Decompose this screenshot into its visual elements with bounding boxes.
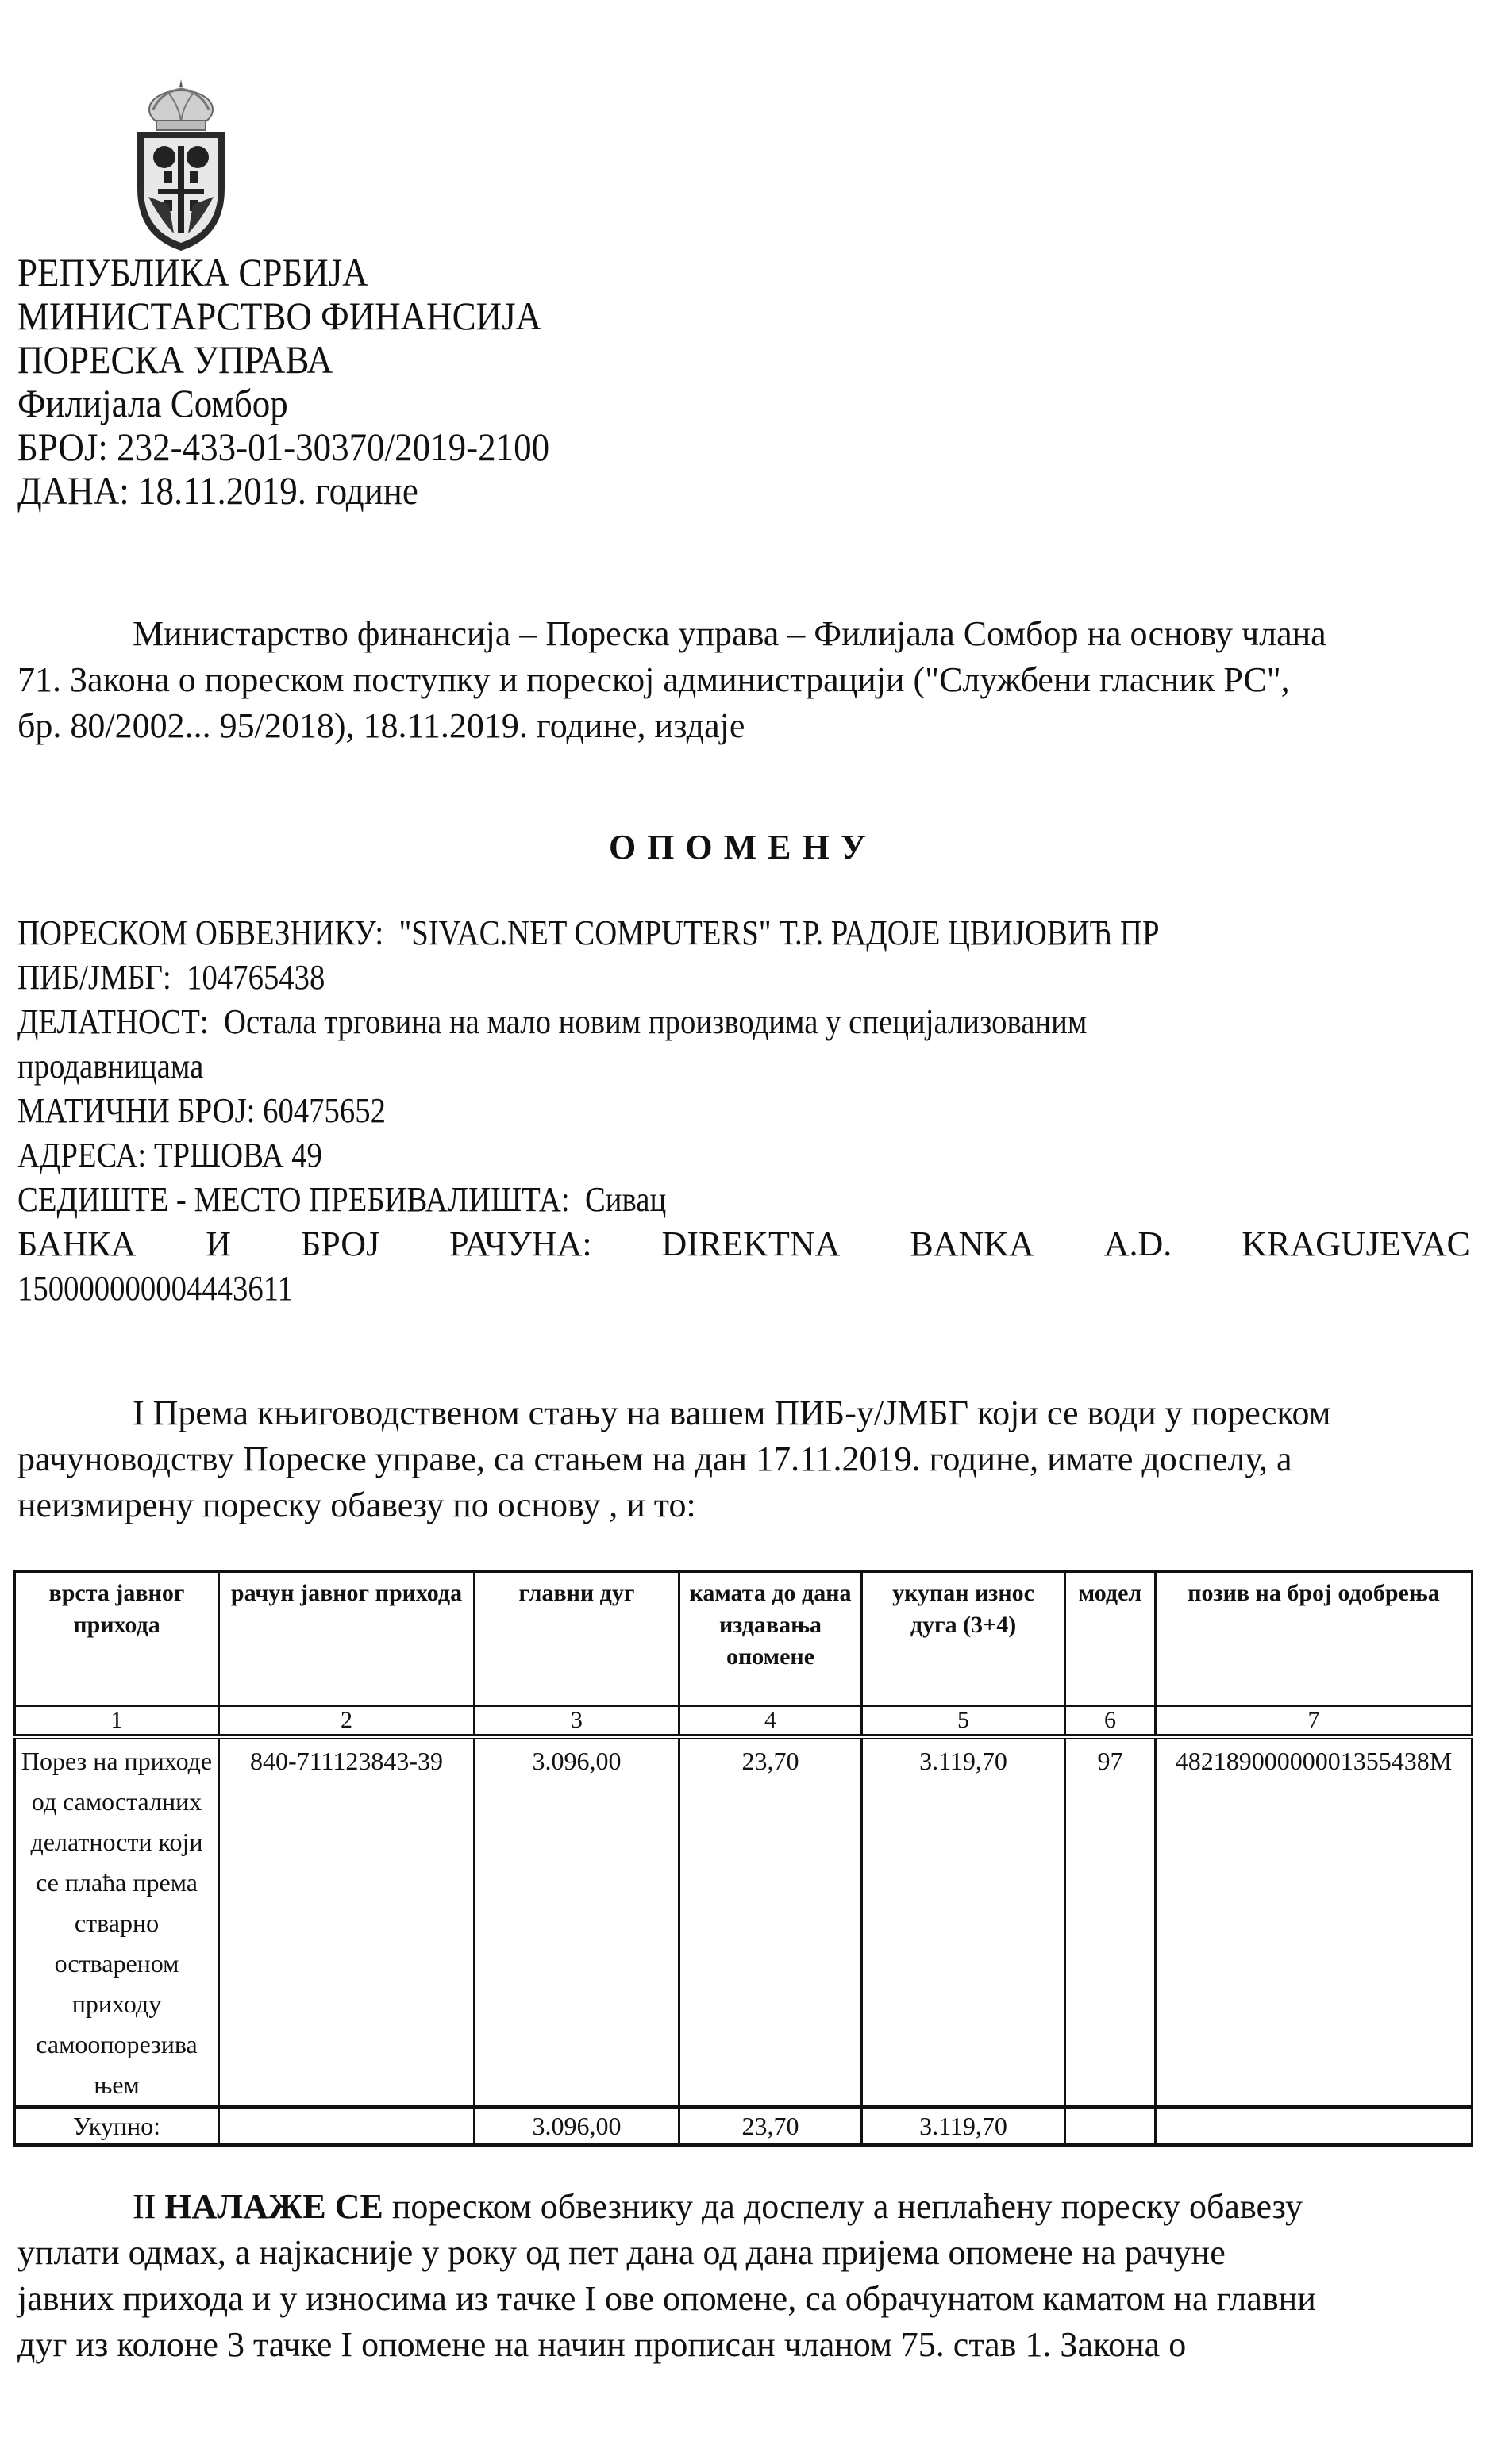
section-2-line: јавних прихода и у износима из тачке I о… (17, 2276, 1470, 2322)
bank-word: BANKA (910, 1222, 1034, 1267)
col-number: 2 (219, 1706, 475, 1737)
header-date: ДАНА: 18.11.2019. године (17, 469, 609, 513)
cell-reference: 48218900000001355438M (1156, 1737, 1473, 2108)
taxpayer-address-row: АДРЕСА: ТРШОВА 49 (17, 1133, 1470, 1178)
table-row: Порез на приходе од самосталних делатнос… (15, 1737, 1473, 2108)
totals-principal: 3.096,00 (475, 2108, 679, 2146)
bank-word: И (206, 1222, 231, 1267)
taxpayer-activity-continuation: продавницама (17, 1044, 1470, 1089)
col-number: 7 (1156, 1706, 1473, 1737)
bank-word: DIREKTNA (662, 1222, 841, 1267)
serbian-coat-of-arms-icon (129, 78, 233, 252)
taxpayer-bank-account: 150000000004443611 (17, 1267, 1470, 1311)
taxpayer-bank-row: БАНКА И БРОЈ РАЧУНА: DIREKTNA BANKA A.D.… (17, 1222, 1470, 1267)
section-2-paragraph: II НАЛАЖЕ СЕ пореском обвезнику да доспе… (17, 2184, 1470, 2368)
header-document-number: БРОЈ: 232-433-01-30370/2019-2100 (17, 425, 609, 469)
totals-interest: 23,70 (679, 2108, 862, 2146)
bank-word: БАНКА (17, 1222, 136, 1267)
taxpayer-seat-label: СЕДИШТЕ - МЕСТО ПРЕБИВАЛИШТА: (17, 1180, 570, 1219)
intro-line: Министарство финансија – Пореска управа … (17, 611, 1470, 657)
col-header-revenue-account: рачун јавног прихода (219, 1572, 475, 1706)
section-2-bold-phrase: НАЛАЖЕ СЕ (164, 2187, 383, 2226)
intro-line: бр. 80/2002... 95/2018), 18.11.2019. год… (17, 703, 1470, 749)
section-1-paragraph: I Према књиговодственом стању на вашем П… (17, 1390, 1470, 1528)
taxpayer-name-label: ПОРЕСКОМ ОБВЕЗНИКУ: (17, 913, 383, 952)
taxpayer-address-value: ТРШОВА 49 (154, 1136, 322, 1174)
bank-word: A.D. (1104, 1222, 1172, 1267)
cell-revenue-type: Порез на приходе од самосталних делатнос… (15, 1737, 219, 2108)
taxpayer-details: ПОРЕСКОМ ОБВЕЗНИКУ: "SIVAC.NET COMPUTERS… (17, 911, 1470, 1311)
col-header-principal: главни дуг (475, 1572, 679, 1706)
taxpayer-seat-row: СЕДИШТЕ - МЕСТО ПРЕБИВАЛИШТА: Сивац (17, 1178, 1470, 1222)
intro-line: 71. Закона о пореском поступку и пореско… (17, 657, 1470, 703)
debt-table: врста јавног прихода рачун јавног приход… (13, 1570, 1473, 2147)
taxpayer-pib-label: ПИБ/ЈМБГ: (17, 958, 171, 997)
taxpayer-activity-value: Остала трговина на мало новим производим… (224, 1002, 1087, 1041)
intro-paragraph: Министарство финансија – Пореска управа … (17, 611, 1470, 749)
bank-word: БРОЈ (301, 1222, 379, 1267)
taxpayer-activity-label: ДЕЛАТНОСТ: (17, 1002, 209, 1041)
table-header-row: врста јавног прихода рачун јавног приход… (15, 1572, 1473, 1706)
issuer-header: РЕПУБЛИКА СРБИЈА МИНИСТАРСТВО ФИНАНСИЈА … (17, 251, 609, 513)
taxpayer-address-label: АДРЕСА: (17, 1136, 146, 1174)
taxpayer-pib-value: 104765438 (187, 958, 325, 997)
section-2-prefix: II (133, 2187, 156, 2226)
taxpayer-reg-row: МАТИЧНИ БРОЈ: 60475652 (17, 1089, 1470, 1133)
header-branch: Филијала Сомбор (17, 382, 609, 425)
taxpayer-name-row: ПОРЕСКОМ ОБВЕЗНИКУ: "SIVAC.NET COMPUTERS… (17, 911, 1470, 955)
col-number: 5 (862, 1706, 1065, 1737)
taxpayer-pib-row: ПИБ/ЈМБГ: 104765438 (17, 955, 1470, 1000)
col-header-interest: камата до дана издавања опомене (679, 1572, 862, 1706)
taxpayer-reg-value: 60475652 (263, 1091, 386, 1130)
col-header-total: укупан износ дуга (3+4) (862, 1572, 1065, 1706)
totals-total: 3.119,70 (862, 2108, 1065, 2146)
col-number: 6 (1065, 1706, 1156, 1737)
totals-reference (1156, 2108, 1473, 2146)
totals-label: Укупно: (15, 2108, 219, 2146)
taxpayer-seat-value: Сивац (585, 1180, 666, 1219)
document-title: ОПОМЕНУ (0, 827, 1486, 867)
section-1-line: неизмирену пореску обавезу по основу , и… (17, 1482, 1470, 1528)
col-number: 4 (679, 1706, 862, 1737)
cell-interest: 23,70 (679, 1737, 862, 2108)
cell-total: 3.119,70 (862, 1737, 1065, 2108)
header-country: РЕПУБЛИКА СРБИЈА (17, 251, 609, 294)
section-1-line: I Према књиговодственом стању на вашем П… (17, 1390, 1470, 1436)
section-2-line: уплати одмах, а најкасније у року од пет… (17, 2230, 1470, 2276)
section-2-line: II НАЛАЖЕ СЕ пореском обвезнику да доспе… (17, 2184, 1470, 2230)
section-2-line1-rest: пореском обвезнику да доспелу а неплаћен… (392, 2187, 1303, 2226)
cell-model: 97 (1065, 1737, 1156, 2108)
totals-revenue-account (219, 2108, 475, 2146)
bank-word: РАЧУНА: (449, 1222, 591, 1267)
taxpayer-activity-row: ДЕЛАТНОСТ: Остала трговина на мало новим… (17, 1000, 1470, 1044)
taxpayer-name-value: "SIVAC.NET COMPUTERS" Т.Р. РАДОЈЕ ЦВИЈОВ… (398, 913, 1159, 952)
section-2-line: дуг из колоне 3 тачке I опомене на начин… (17, 2322, 1470, 2368)
col-header-revenue-type: врста јавног прихода (15, 1572, 219, 1706)
table-column-numbers-row: 1 2 3 4 5 6 7 (15, 1706, 1473, 1737)
header-ministry: МИНИСТАРСТВО ФИНАНСИЈА (17, 294, 609, 338)
col-number: 1 (15, 1706, 219, 1737)
col-number: 3 (475, 1706, 679, 1737)
header-administration: ПОРЕСКА УПРАВА (17, 338, 609, 382)
cell-revenue-account: 840-711123843-39 (219, 1737, 475, 2108)
section-1-line: рачуноводству Пореске управе, са стањем … (17, 1436, 1470, 1482)
table-totals-row: Укупно: 3.096,00 23,70 3.119,70 (15, 2108, 1473, 2146)
col-header-model: модел (1065, 1572, 1156, 1706)
cell-principal: 3.096,00 (475, 1737, 679, 2108)
bank-word: KRAGUJEVAC (1242, 1222, 1470, 1267)
totals-model (1065, 2108, 1156, 2146)
col-header-reference: позив на број одобрења (1156, 1572, 1473, 1706)
taxpayer-reg-label: МАТИЧНИ БРОЈ: (17, 1091, 255, 1130)
